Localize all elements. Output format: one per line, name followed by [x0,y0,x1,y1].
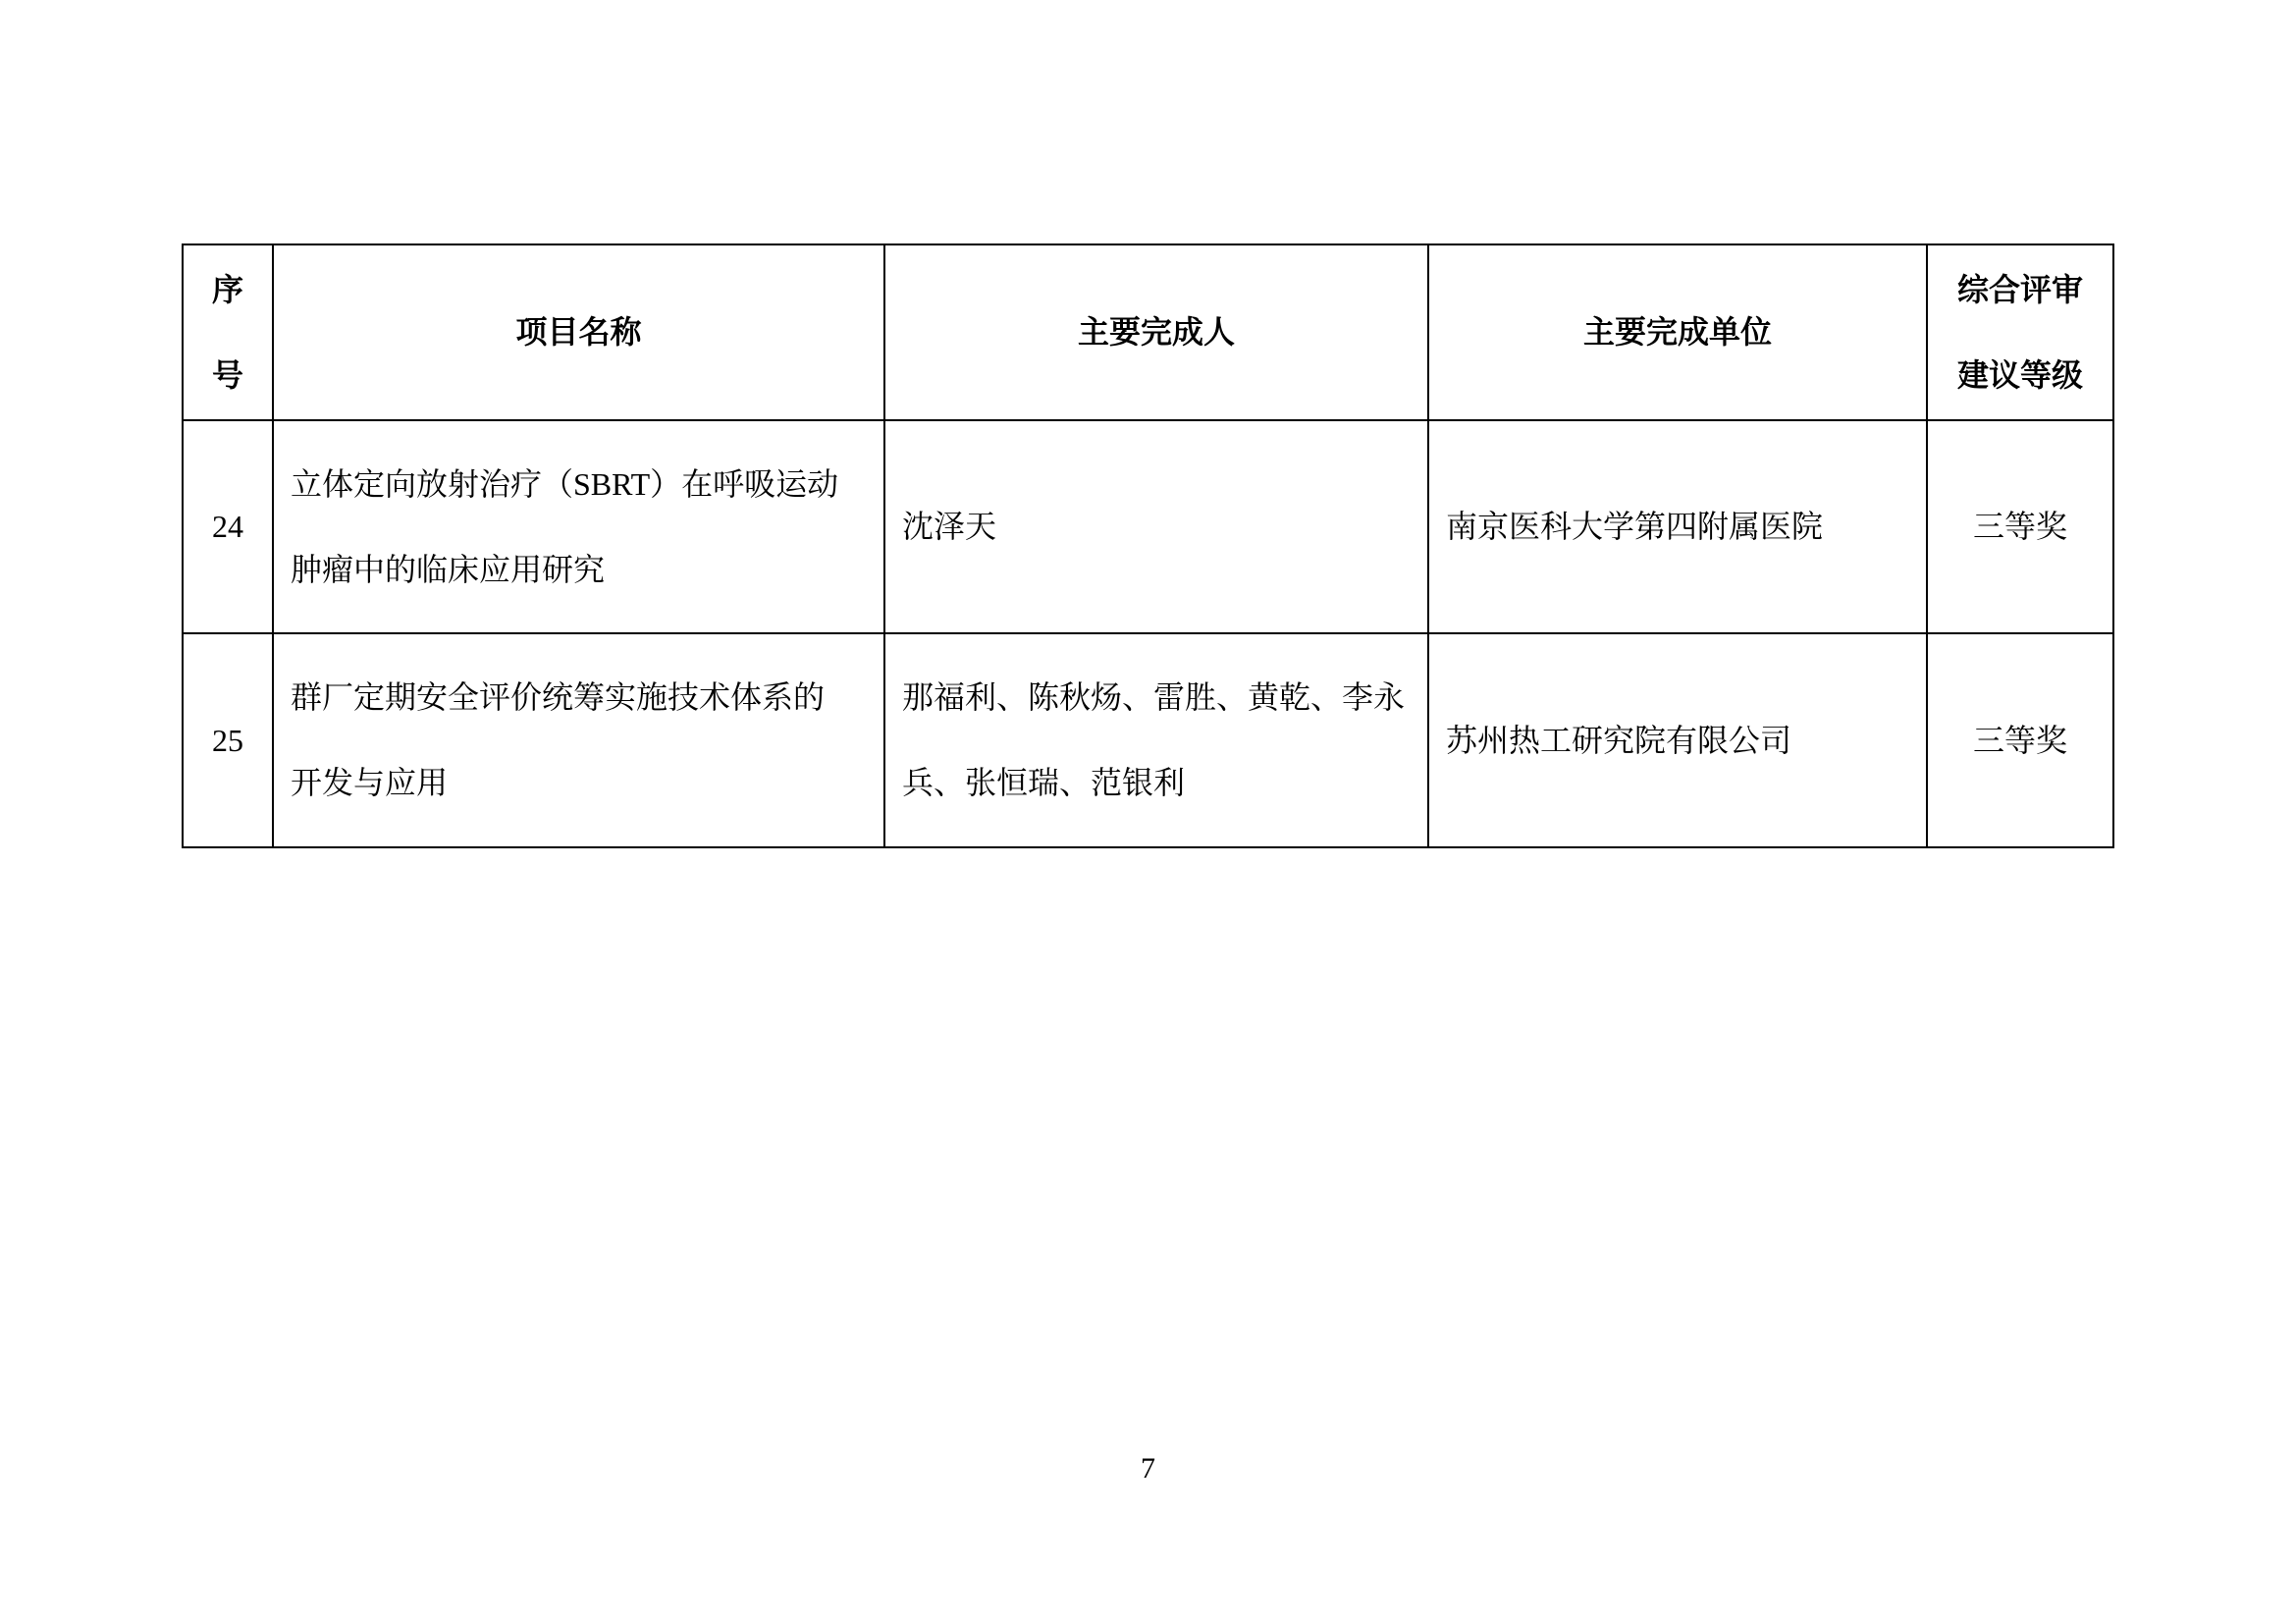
project-name-line: 开发与应用 [274,740,883,826]
cell-grade: 三等奖 [1927,420,2113,633]
contributors-line: 沈泽天 [885,484,1427,569]
header-grade-line-2: 建议等级 [1928,333,2112,418]
header-serial-line-2: 号 [184,333,272,418]
cell-contributors: 那福利、陈秋炀、雷胜、黄乾、李永 兵、张恒瑞、范银利 [884,633,1428,847]
table-row: 24 立体定向放射治疗（SBRT）在呼吸运动 肿瘤中的临床应用研究 沈泽天 南京… [183,420,2113,633]
header-project-name: 项目名称 [273,244,884,420]
serial-number-text: 24 [184,484,272,569]
header-organization-label: 主要完成单位 [1429,290,1926,375]
cell-serial-number: 25 [183,633,273,847]
cell-organization: 苏州热工研究院有限公司 [1428,633,1927,847]
grade-text: 三等奖 [1928,484,2112,569]
contributors-line: 那福利、陈秋炀、雷胜、黄乾、李永 [885,655,1427,740]
contributors-line: 兵、张恒瑞、范银利 [885,740,1427,826]
header-serial-line-1: 序 [184,247,272,333]
awards-table: 序 号 项目名称 主要完成人 主要完成单位 综合评审 建议等级 24 立体定向放… [182,244,2114,848]
header-grade-line-1: 综合评审 [1928,247,2112,333]
cell-organization: 南京医科大学第四附属医院 [1428,420,1927,633]
cell-project-name: 群厂定期安全评价统筹实施技术体系的 开发与应用 [273,633,884,847]
cell-project-name: 立体定向放射治疗（SBRT）在呼吸运动 肿瘤中的临床应用研究 [273,420,884,633]
header-project-label: 项目名称 [274,290,883,375]
cell-contributors: 沈泽天 [884,420,1428,633]
project-name-line: 群厂定期安全评价统筹实施技术体系的 [274,655,883,740]
organization-text: 苏州热工研究院有限公司 [1429,698,1926,784]
serial-number-text: 25 [184,698,272,784]
page-number: 7 [0,1449,2296,1489]
header-review-grade: 综合评审 建议等级 [1927,244,2113,420]
organization-text: 南京医科大学第四附属医院 [1429,484,1926,569]
project-name-line: 肿瘤中的临床应用研究 [274,527,883,613]
header-contributors-label: 主要完成人 [885,290,1427,375]
table-header-row: 序 号 项目名称 主要完成人 主要完成单位 综合评审 建议等级 [183,244,2113,420]
grade-text: 三等奖 [1928,698,2112,784]
cell-serial-number: 24 [183,420,273,633]
cell-grade: 三等奖 [1927,633,2113,847]
project-name-line: 立体定向放射治疗（SBRT）在呼吸运动 [274,442,883,527]
table-row: 25 群厂定期安全评价统筹实施技术体系的 开发与应用 那福利、陈秋炀、雷胜、黄乾… [183,633,2113,847]
header-contributors: 主要完成人 [884,244,1428,420]
header-organization: 主要完成单位 [1428,244,1927,420]
document-page: { "document": { "page_number": "7" }, "t… [0,0,2296,1624]
header-serial-number: 序 号 [183,244,273,420]
